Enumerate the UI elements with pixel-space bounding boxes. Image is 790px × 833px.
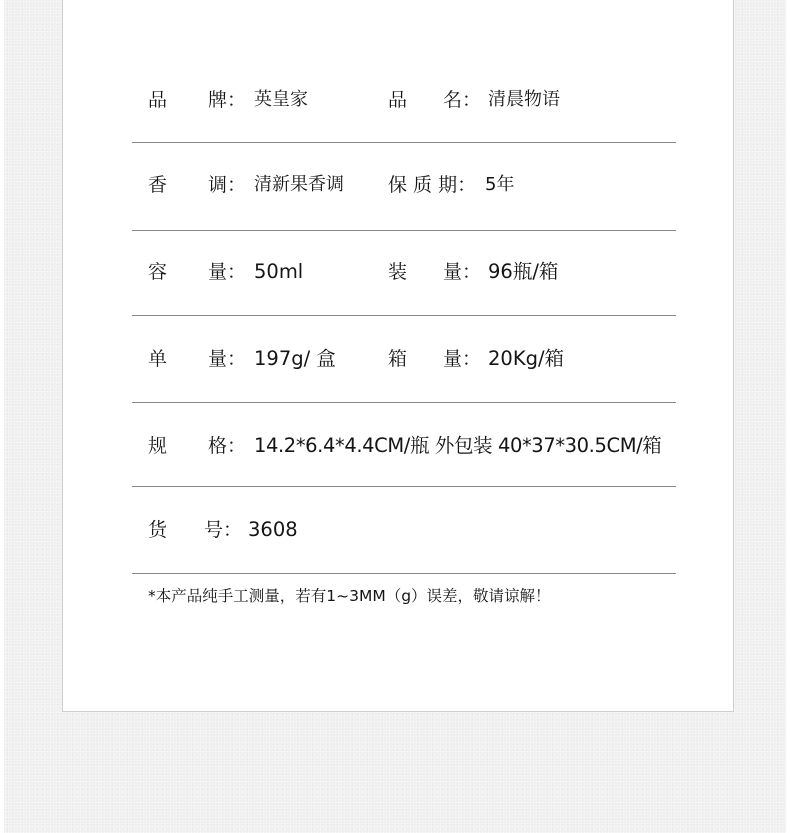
item-number-label-b: 号：	[204, 515, 242, 545]
brand-label-b: 牌：	[208, 85, 246, 115]
box-weight-value: 20Kg/箱	[488, 344, 564, 374]
packing-label-b: 量：	[443, 257, 481, 287]
capacity-label-a: 容	[148, 257, 167, 287]
divider	[132, 315, 676, 316]
box-weight-label-a: 箱	[388, 344, 407, 374]
box-weight-label-b: 量：	[443, 344, 481, 374]
scent-label-a: 香	[148, 170, 167, 200]
shelf-life-label: 保 质 期：	[388, 170, 476, 200]
product-name-value: 清晨物语	[488, 85, 560, 115]
item-number-label-a: 货	[148, 515, 167, 545]
item-number-value: 3608	[248, 515, 298, 545]
dimensions-label-a: 规	[148, 431, 167, 461]
product-name-label-a: 品	[388, 85, 407, 115]
divider	[132, 486, 676, 487]
divider	[132, 402, 676, 403]
unit-weight-value: 197g/ 盒	[254, 344, 336, 374]
dimensions-label-b: 格：	[208, 431, 246, 461]
capacity-label-b: 量：	[208, 257, 246, 287]
divider	[132, 142, 676, 143]
divider	[132, 573, 676, 574]
brand-label-a: 品	[148, 85, 167, 115]
scent-value: 清新果香调	[254, 170, 344, 200]
divider	[132, 230, 676, 231]
unit-weight-label-a: 单	[148, 344, 167, 374]
packing-value: 96瓶/箱	[488, 257, 558, 287]
capacity-value: 50ml	[254, 257, 303, 287]
packing-label-a: 装	[388, 257, 407, 287]
brand-value: 英皇家	[254, 85, 308, 115]
unit-weight-label-b: 量：	[208, 344, 246, 374]
shelf-life-value: 5年	[485, 170, 514, 200]
product-name-label-b: 名：	[443, 85, 481, 115]
measurement-disclaimer: *本产品纯手工测量，若有1~3MM（g）误差，敬请谅解！	[148, 584, 551, 608]
dimensions-value: 14.2*6.4*4.4CM/瓶 外包装 40*37*30.5CM/箱	[254, 431, 661, 461]
scent-label-b: 调：	[208, 170, 246, 200]
